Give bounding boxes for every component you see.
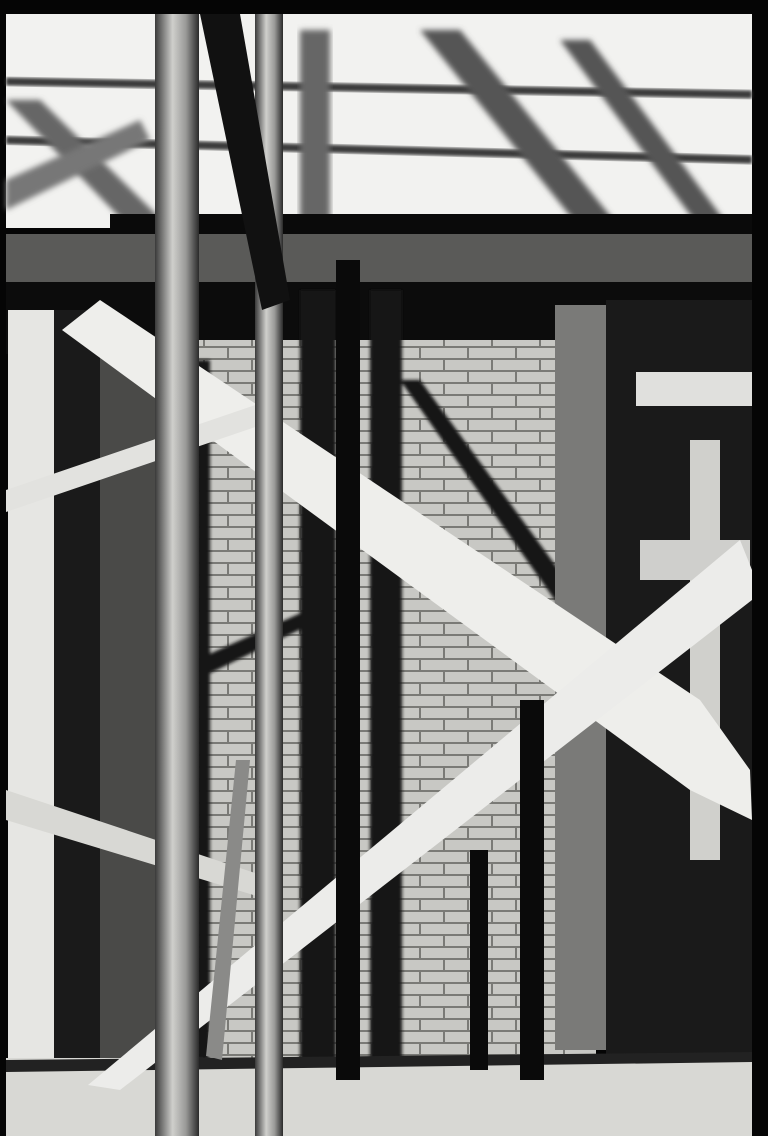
lower-beam-face [6,234,752,284]
overhead-beam [6,14,752,228]
scaffolding-photograph [0,0,768,1136]
left-wall-column [8,310,54,1090]
